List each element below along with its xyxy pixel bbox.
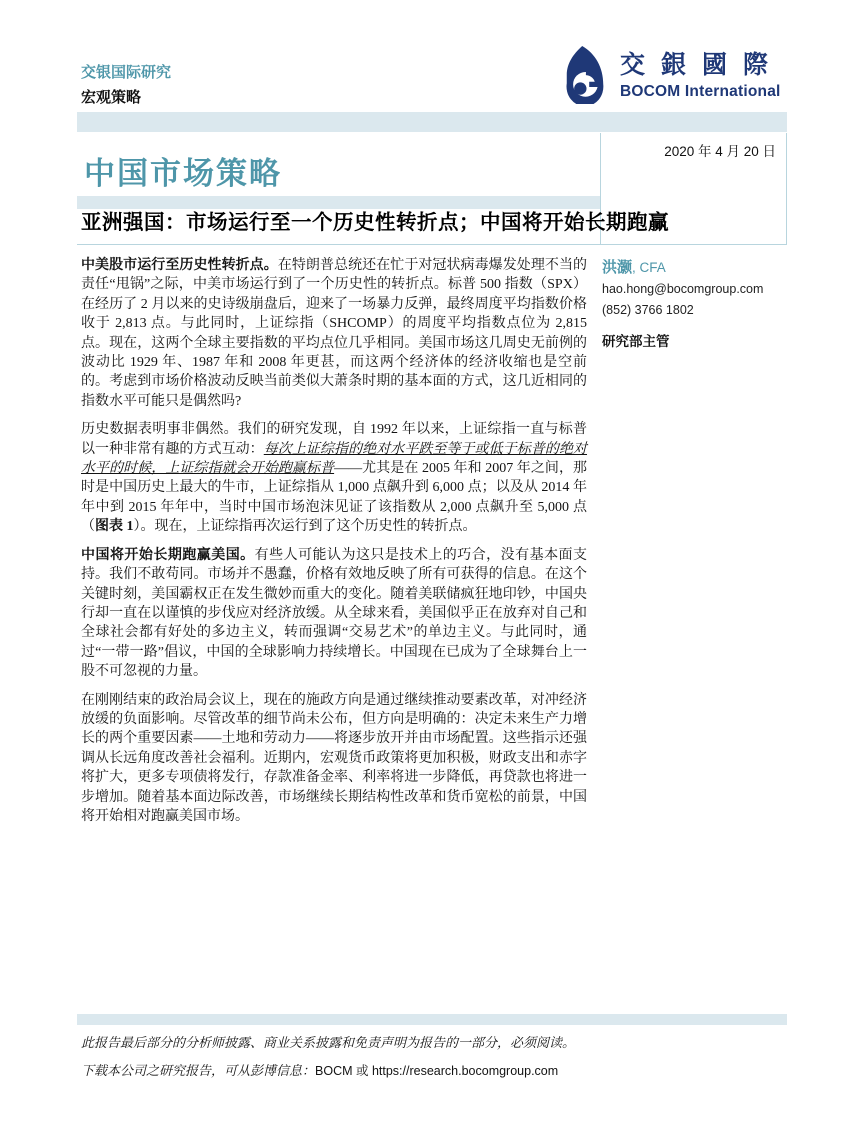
report-date: 2020 年 4 月 20 日 bbox=[601, 133, 786, 160]
analyst-credential: , CFA bbox=[632, 260, 666, 275]
footer-download-prefix: 下载本公司之研究报告，可从彭博信息： bbox=[81, 1063, 315, 1078]
analyst-name-row: 洪灏, CFA bbox=[602, 258, 792, 278]
analyst-email: hao.hong@bocomgroup.com bbox=[602, 280, 792, 299]
analyst-title: 研究部主管 bbox=[602, 330, 792, 350]
footer-download: 下载本公司之研究报告，可从彭博信息：BOCM 或 https://researc… bbox=[81, 1060, 781, 1079]
section-title: 中国市场策略 bbox=[84, 156, 282, 192]
paragraph: 中国将开始长期跑赢美国。有些人可能认为这只是技术上的巧合，没有基本面支持。我们不… bbox=[81, 546, 587, 682]
paragraph: 在刚刚结束的政治局会议上，现在的施政方向是通过继续推动要素改革，对冲经济放缓的负… bbox=[81, 691, 587, 827]
paragraph-segment: 中国将开始长期跑赢美国。 bbox=[81, 548, 255, 563]
report-headline: 亚洲强国：市场运行至一个历史性转折点；中国将开始长期跑赢 bbox=[81, 210, 781, 237]
bocom-logo-cn: 交銀國際 bbox=[620, 52, 784, 80]
header-divider bbox=[77, 244, 787, 245]
header-band bbox=[77, 112, 787, 132]
bocom-logo-en: BOCOM International bbox=[620, 83, 784, 100]
report-category-label: 宏观策略 bbox=[81, 89, 171, 107]
article-body: 中美股市运行至历史性转折点。在特朗普总统还在忙于对冠状病毒爆发处理不当的责任“甩… bbox=[81, 256, 587, 835]
report-page: 交银国际研究 宏观策略 交銀國際 BOCOM International 202… bbox=[0, 0, 866, 1122]
masthead: 交银国际研究 宏观策略 bbox=[81, 64, 171, 107]
bocom-logo-mark-icon bbox=[566, 46, 604, 104]
bocom-logo: 交銀國際 BOCOM International bbox=[566, 46, 784, 104]
analyst-block: 洪灏, CFA hao.hong@bocomgroup.com (852) 37… bbox=[602, 258, 792, 350]
brand-research-label: 交银国际研究 bbox=[81, 64, 171, 82]
footer-band bbox=[77, 1014, 787, 1025]
paragraph-segment: 在刚刚结束的政治局会议上，现在的施政方向是通过继续推动要素改革，对冲经济放缓的负… bbox=[81, 693, 587, 824]
analyst-name: 洪灏 bbox=[602, 260, 632, 276]
paragraph: 中美股市运行至历史性转折点。在特朗普总统还在忙于对冠状病毒爆发处理不当的责任“甩… bbox=[81, 256, 587, 411]
footer-disclosure: 此报告最后部分的分析师披露、商业关系披露和免责声明为报告的一部分，必须阅读。 bbox=[81, 1032, 781, 1051]
paragraph-segment: 中美股市运行至历史性转折点。 bbox=[81, 258, 278, 273]
paragraph-segment: 有些人可能认为这只是技术上的巧合，没有基本面支持。我们不敢苟同。市场并不愚蠢，价… bbox=[81, 548, 587, 679]
bocom-logo-text: 交銀國際 BOCOM International bbox=[620, 46, 784, 104]
analyst-phone: (852) 3766 1802 bbox=[602, 301, 792, 320]
paragraph: 历史数据表明事非偶然。我们的研究发现，自 1992 年以来，上证综指一直与标普以… bbox=[81, 420, 587, 536]
title-band bbox=[77, 196, 600, 209]
paragraph-segment: ）。现在，上证综指再次运行到了这个历史性的转折点。 bbox=[134, 519, 477, 534]
paragraph-segment: 在特朗普总统还在忙于对冠状病毒爆发处理不当的责任“甩锅”之际，中美市场运行到了一… bbox=[81, 258, 587, 409]
paragraph-segment: 图表 1 bbox=[95, 519, 134, 534]
footer-download-link: BOCM 或 https://research.bocomgroup.com bbox=[315, 1064, 558, 1078]
